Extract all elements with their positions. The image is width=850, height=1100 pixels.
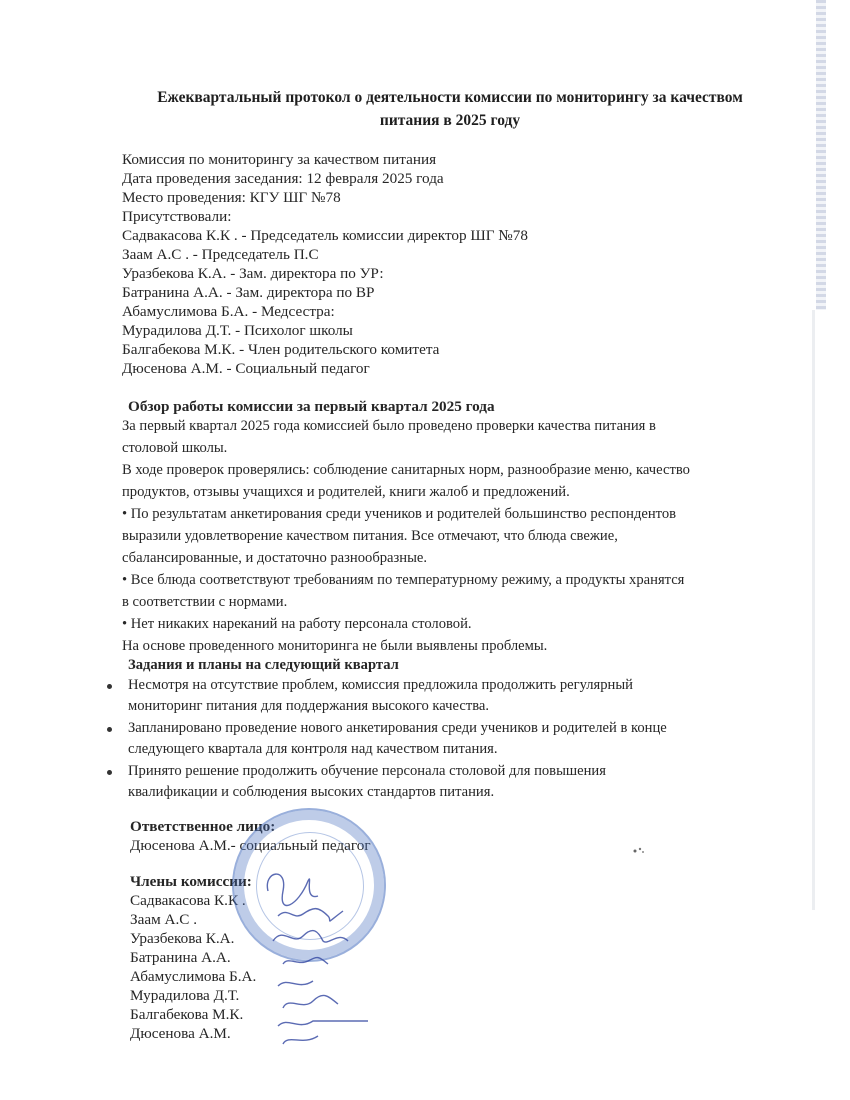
scan-speck <box>632 845 646 855</box>
signatures-icon <box>258 866 378 1046</box>
review-line: сбалансированные, и достаточно разнообра… <box>122 549 427 568</box>
attendee: Уразбекова К.А. - Зам. директора по УР: <box>122 264 384 283</box>
attendee: Мурадилова Д.Т. - Психолог школы <box>122 321 353 340</box>
member-name: Уразбекова К.А. <box>130 929 234 948</box>
scan-artifact-line <box>812 310 815 910</box>
scan-artifact-edge <box>816 0 826 310</box>
plan-item-line: следующего квартала для контроля над кач… <box>128 740 498 759</box>
member-name: Дюсенова А.М. <box>130 1024 231 1043</box>
attendee: Заам А.С . - Председатель П.С <box>122 245 319 264</box>
member-name: Садвакасова К.К . <box>130 891 246 910</box>
bullet-icon <box>107 770 112 775</box>
attendee: Батранина А.А. - Зам. директора по ВР <box>122 283 375 302</box>
attendee: Дюсенова А.М. - Социальный педагог <box>122 359 370 378</box>
attendee: Садвакасова К.К . - Председатель комисси… <box>122 226 528 245</box>
review-line: в соответствии с нормами. <box>122 593 287 612</box>
meeting-date: Дата проведения заседания: 12 февраля 20… <box>122 169 444 188</box>
plan-item-line: Несмотря на отсутствие проблем, комиссия… <box>128 676 633 695</box>
bullet-icon <box>107 727 112 732</box>
member-name: Абамуслимова Б.А. <box>130 967 256 986</box>
title-line-1: Ежеквартальный протокол о деятельности к… <box>110 86 790 109</box>
member-name: Мурадилова Д.Т. <box>130 986 239 1005</box>
review-line: На основе проведенного мониторинга не бы… <box>122 637 547 656</box>
review-line: • Все блюда соответствуют требованиям по… <box>122 571 684 590</box>
review-line: столовой школы. <box>122 439 227 458</box>
bullet-icon <box>107 684 112 689</box>
commission-name: Комиссия по мониторингу за качеством пит… <box>122 150 436 169</box>
review-line: продуктов, отзывы учащихся и родителей, … <box>122 483 570 502</box>
review-line: • По результатам анкетирования среди уче… <box>122 505 676 524</box>
review-line: В ходе проверок проверялись: соблюдение … <box>122 461 690 480</box>
plan-item-line: мониторинг питания для поддержания высок… <box>128 697 489 716</box>
review-heading: Обзор работы комиссии за первый квартал … <box>128 397 495 416</box>
review-line: • Нет никаких нареканий на работу персон… <box>122 615 472 634</box>
attendee: Балгабекова М.К. - Член родительского ко… <box>122 340 439 359</box>
present-label: Присутствовали: <box>122 207 231 226</box>
plan-item-line: Принято решение продолжить обучение перс… <box>128 762 606 781</box>
member-name: Балгабекова М.К. <box>130 1005 243 1024</box>
title-line-2: питания в 2025 году <box>110 109 790 132</box>
document-title: Ежеквартальный протокол о деятельности к… <box>110 86 790 132</box>
member-name: Батранина А.А. <box>130 948 231 967</box>
review-line: выразили удовлетворение качеством питани… <box>122 527 618 546</box>
member-name: Заам А.С . <box>130 910 197 929</box>
review-line: За первый квартал 2025 года комиссией бы… <box>122 417 656 436</box>
plan-item-line: квалификации и соблюдения высоких станда… <box>128 783 494 802</box>
attendee: Абамуслимова Б.А. - Медсестра: <box>122 302 335 321</box>
plans-heading: Задания и планы на следующий квартал <box>128 656 399 675</box>
plan-item-line: Запланировано проведение нового анкетиро… <box>128 719 667 738</box>
meeting-place: Место проведения: КГУ ШГ №78 <box>122 188 341 207</box>
